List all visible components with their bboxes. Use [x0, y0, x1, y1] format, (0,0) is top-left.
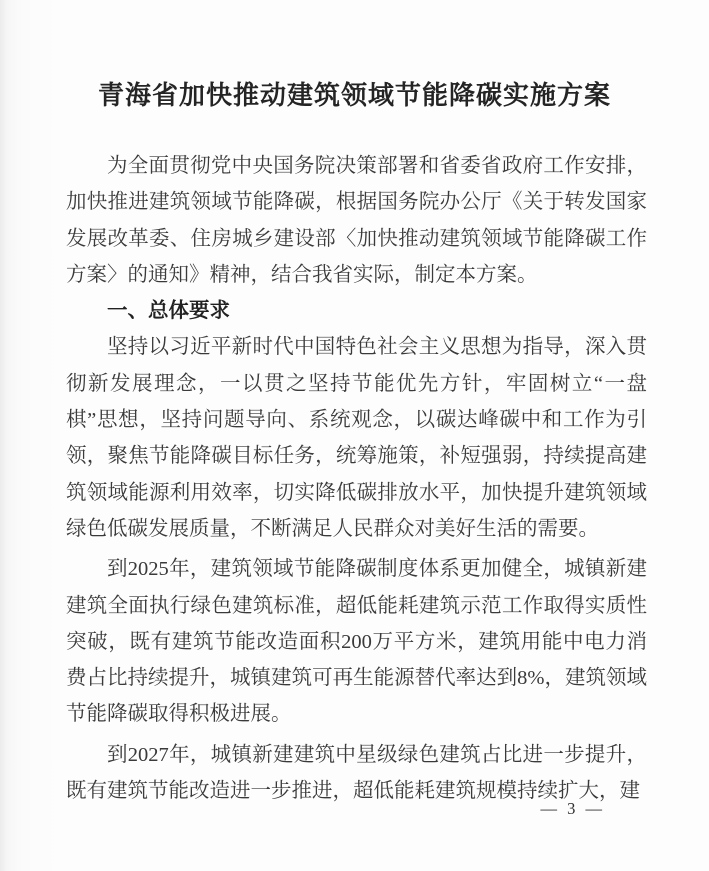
document-page: 青海省加快推动建筑领域节能降碳实施方案 为全面贯彻党中央国务院决策部署和省委省政… [0, 0, 709, 871]
page-number: — 3 — [541, 799, 606, 819]
paragraph-2025-goals: 到2025年，建筑领域节能降碳制度体系更加健全，城镇新建建筑全面执行绿色建筑标准… [66, 551, 647, 732]
document-title: 青海省加快推动建筑领域节能降碳实施方案 [0, 0, 709, 112]
paragraph-guiding-principles: 坚持以习近平新时代中国特色社会主义思想为指导，深入贯彻新发展理念，一以贯之坚持节… [66, 329, 647, 547]
section-heading-overall-requirements: 一、总体要求 [66, 293, 647, 329]
document-body: 为全面贯彻党中央国务院决策部署和省委省政府工作安排，加快推进建筑领域节能降碳，根… [66, 148, 647, 809]
paragraph-intro: 为全面贯彻党中央国务院决策部署和省委省政府工作安排，加快推进建筑领域节能降碳，根… [66, 148, 647, 293]
